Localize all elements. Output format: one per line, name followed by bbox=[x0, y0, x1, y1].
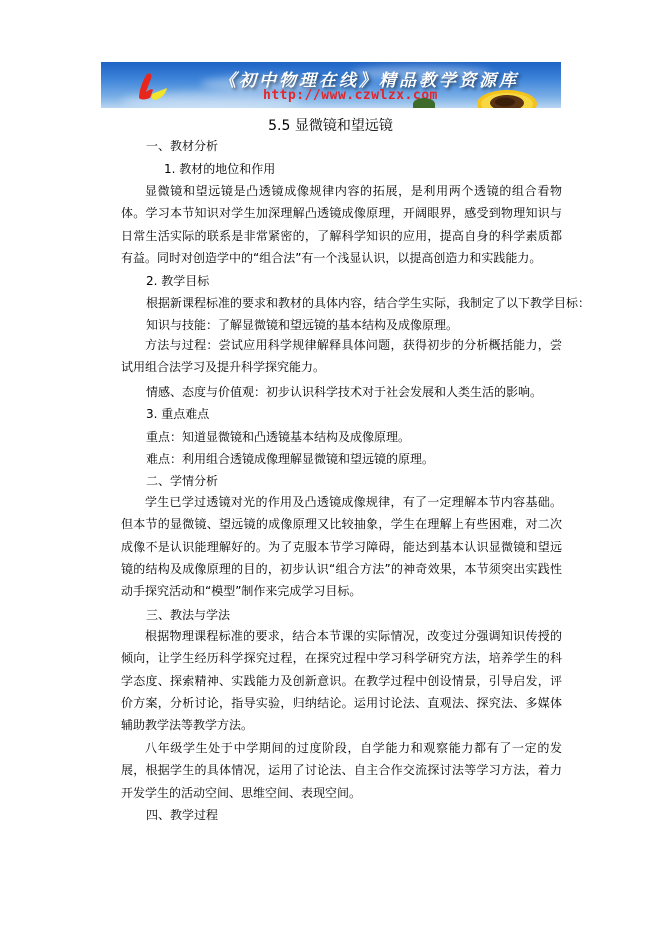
page-title: 5.5 显微镜和望远镜 bbox=[0, 115, 661, 135]
paragraph: 难点：利用组合透镜成像理解显微镜和望远镜的原理。 bbox=[146, 452, 434, 466]
section-heading: 三、教法与学法 bbox=[146, 608, 230, 622]
paragraph: 显微镜和望远镜是凸透镜成像规律内容的拓展，是利用两个透镜的组合看物体。学习本节知… bbox=[121, 180, 562, 269]
paragraph: 知识与技能：了解显微镜和望远镜的基本结构及成像原理。 bbox=[146, 318, 458, 332]
subsection-heading: 2. 教学目标 bbox=[146, 274, 209, 288]
paragraph: 根据物理课程标准的要求，结合本节课的实际情况，改变过分强调知识传授的倾向，让学生… bbox=[121, 625, 562, 736]
site-logo-icon bbox=[135, 72, 175, 104]
paragraph: 情感、态度与价值观：初步认识科学技术对于社会发展和人类生活的影响。 bbox=[146, 385, 542, 399]
paragraph: 根据新课程标准的要求和教材的具体内容，结合学生实际，我制定了以下教学目标： bbox=[146, 296, 590, 310]
paragraph: 学生已学过透镜对光的作用及凸透镜成像规律，有了一定理解本节内容基础。但本节的显微… bbox=[121, 491, 562, 602]
section-heading: 一、教材分析 bbox=[146, 139, 218, 153]
subsection-heading: 1. 教材的地位和作用 bbox=[164, 162, 275, 176]
section-heading: 四、教学过程 bbox=[146, 808, 218, 822]
paragraph: 重点：知道显微镜和凸透镜基本结构及成像原理。 bbox=[146, 430, 410, 444]
leaf-decoration bbox=[413, 98, 435, 108]
subsection-heading: 3. 重点难点 bbox=[146, 407, 209, 421]
paragraph: 方法与过程：尝试应用科学规律解释具体问题，获得初步的分析概括能力，尝试用组合法学… bbox=[121, 334, 562, 379]
section-heading: 二、学情分析 bbox=[146, 474, 218, 488]
banner-url[interactable]: http://www.czwlzx.com bbox=[263, 88, 438, 103]
header-banner: 《初中物理在线》精品教学资源库 http://www.czwlzx.com bbox=[101, 62, 561, 108]
paragraph: 八年级学生处于中学期间的过度阶段，自学能力和观察能力都有了一定的发展，根据学生的… bbox=[121, 737, 562, 804]
sunflower-icon bbox=[476, 80, 538, 108]
